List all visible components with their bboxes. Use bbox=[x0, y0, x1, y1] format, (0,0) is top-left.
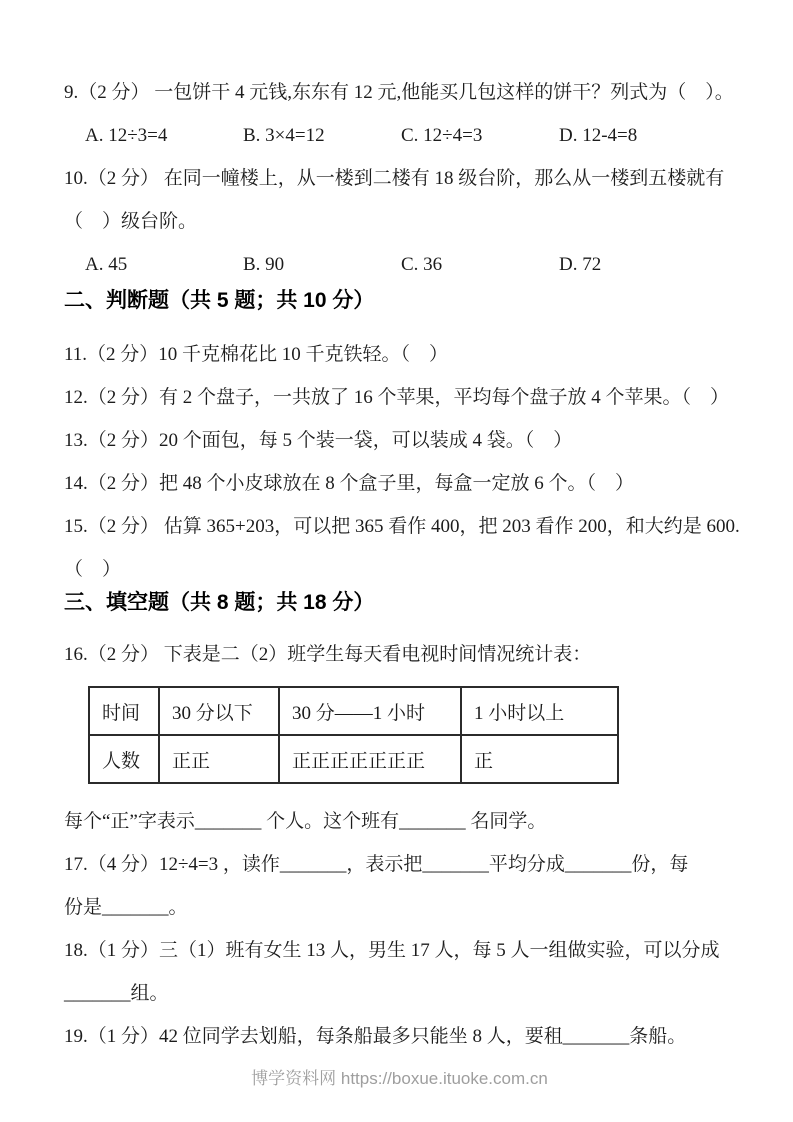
table-cell-under-30min: 30 分以下 bbox=[159, 687, 279, 735]
question-9-option-c: C. 12÷4=3 bbox=[401, 125, 559, 147]
table-cell-tally-30min-to-1h: 正正正正正正正 bbox=[279, 735, 461, 783]
question-14-text: 14.（2 分）把 48 个小皮球放在 8 个盒子里，每盒一定放 6 个。（ ） bbox=[64, 473, 735, 495]
table-cell-count-label: 人数 bbox=[89, 735, 159, 783]
question-9-text: 9.（2 分） 一包饼干 4 元钱,东东有 12 元,他能买几包这样的饼干？列式… bbox=[64, 82, 735, 104]
section-2-title: 二、判断题（共 5 题；共 10 分） bbox=[64, 289, 735, 313]
question-9-options: A. 12÷3=4 B. 3×4=12 C. 12÷4=3 D. 12-4=8 bbox=[64, 125, 735, 147]
question-13-text: 13.（2 分）20 个面包，每 5 个装一袋，可以装成 4 袋。（ ） bbox=[64, 430, 735, 452]
question-17-text-line1: 17.（4 分）12÷4=3 ，读作_______，表示把_______平均分成… bbox=[64, 854, 735, 876]
site-watermark: 博学资料网 https://boxue.ituoke.com.cn bbox=[64, 1069, 735, 1089]
question-11-text: 11.（2 分）10 千克棉花比 10 千克铁轻。（ ） bbox=[64, 344, 735, 366]
question-19-text: 19.（1 分）42 位同学去划船，每条船最多只能坐 8 人，要租_______… bbox=[64, 1026, 735, 1048]
tv-time-statistics-table: 时间 30 分以下 30 分——1 小时 1 小时以上 人数 正正 正正正正正正… bbox=[88, 686, 619, 784]
section-3-title: 三、填空题（共 8 题；共 18 分） bbox=[64, 591, 735, 615]
question-10-text-line1: 10.（2 分） 在同一幢楼上，从一楼到二楼有 18 级台阶，那么从一楼到五楼就… bbox=[64, 168, 735, 190]
question-16-blanks: 每个“正”字表示_______ 个人。这个班有_______ 名同学。 bbox=[64, 811, 735, 833]
question-16-intro: 16.（2 分） 下表是二（2）班学生每天看电视时间情况统计表： bbox=[64, 644, 735, 666]
question-9-option-b: B. 3×4=12 bbox=[243, 125, 401, 147]
table-cell-30min-to-1h: 30 分——1 小时 bbox=[279, 687, 461, 735]
table-header-row: 时间 30 分以下 30 分——1 小时 1 小时以上 bbox=[89, 687, 618, 735]
question-17-text-line2: 份是_______。 bbox=[64, 897, 735, 919]
exam-page: 9.（2 分） 一包饼干 4 元钱,东东有 12 元,他能买几包这样的饼干？列式… bbox=[0, 0, 793, 1122]
table-cell-tally-over-1h: 正 bbox=[461, 735, 618, 783]
question-9-option-a: A. 12÷3=4 bbox=[85, 125, 243, 147]
table-tally-row: 人数 正正 正正正正正正正 正 bbox=[89, 735, 618, 783]
question-12-text: 12.（2 分）有 2 个盘子，一共放了 16 个苹果，平均每个盘子放 4 个苹… bbox=[64, 387, 735, 409]
question-9-option-d: D. 12-4=8 bbox=[559, 125, 717, 147]
question-10-option-c: C. 36 bbox=[401, 254, 559, 276]
question-10-text-line2: （ ）级台阶。 bbox=[64, 211, 735, 233]
table-cell-time-label: 时间 bbox=[89, 687, 159, 735]
question-10-option-a: A. 45 bbox=[85, 254, 243, 276]
question-10-options: A. 45 B. 90 C. 36 D. 72 bbox=[64, 254, 735, 276]
question-10-option-b: B. 90 bbox=[243, 254, 401, 276]
question-15-text-line2: （ ） bbox=[64, 559, 735, 581]
table-cell-over-1h: 1 小时以上 bbox=[461, 687, 618, 735]
question-10-option-d: D. 72 bbox=[559, 254, 717, 276]
question-15-text-line1: 15.（2 分） 估算 365+203，可以把 365 看作 400，把 203… bbox=[64, 516, 735, 538]
question-18-text-line1: 18.（1 分）三（1）班有女生 13 人，男生 17 人，每 5 人一组做实验… bbox=[64, 940, 735, 962]
question-18-text-line2: _______组。 bbox=[64, 983, 735, 1005]
table-cell-tally-under-30min: 正正 bbox=[159, 735, 279, 783]
